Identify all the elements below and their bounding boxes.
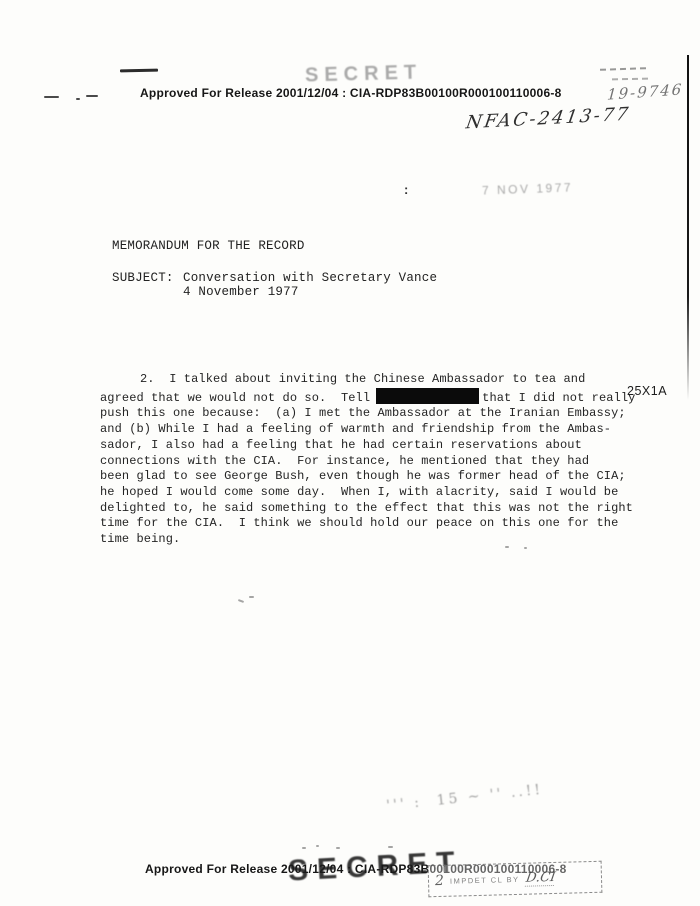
classification-stamp-box: 2 IMPDET CL BY D.CI	[428, 861, 603, 898]
ink-speck	[505, 546, 509, 548]
body-line: time being.	[100, 532, 645, 548]
memo-heading: MEMORANDUM FOR THE RECORD	[112, 239, 305, 253]
ink-speck	[316, 845, 319, 847]
body-line: time for the CIA. I think we should hold…	[100, 516, 645, 532]
memo-body-paragraph: 2. I talked about inviting the Chinese A…	[100, 372, 645, 548]
ink-speck	[249, 596, 254, 598]
scan-artifact-dash	[86, 95, 98, 97]
handwritten-routing-number: NFAC-2413-77	[464, 104, 631, 134]
ink-speck	[388, 846, 393, 848]
stamp-handwritten-number: 2	[435, 873, 444, 889]
body-line: delighted to, he said something to the e…	[100, 501, 645, 517]
ink-speck	[238, 599, 244, 603]
subject-line-1: Conversation with Secretary Vance	[183, 271, 437, 285]
body-line-with-redaction: agreed that we would not do so. Tellthat…	[100, 388, 645, 407]
scan-edge-line	[687, 55, 689, 400]
scan-artifact-dot	[76, 98, 80, 100]
scan-artifact-dashes	[600, 67, 646, 71]
ink-speck	[302, 847, 306, 849]
body-line: and (b) While I had a feeling of warmth …	[100, 422, 645, 438]
body-line-text: agreed that we would not do so. Tell	[100, 391, 370, 405]
body-line: he hoped I would come some day. When I, …	[100, 485, 645, 501]
body-line: been glad to see George Bush, even thoug…	[100, 469, 645, 485]
date-received-stamp: 7 NOV 1977	[482, 180, 573, 197]
body-line: 2. I talked about inviting the Chinese A…	[100, 372, 645, 388]
body-line-text: that I did not really	[482, 391, 635, 405]
ink-mark: :	[404, 182, 408, 197]
redaction-box	[376, 388, 479, 404]
scan-artifact-bar	[120, 69, 158, 73]
illegible-faint-stamp: ''' : 15 ~ '' ..!!	[386, 782, 544, 814]
body-line: sador, I also had a feeling that he had …	[100, 438, 645, 454]
subject-line-2: 4 November 1977	[183, 285, 299, 299]
body-line: push this one because: (a) I met the Amb…	[100, 406, 645, 422]
scanned-memo-page: SECRET Approved For Release 2001/12/04 :…	[0, 0, 700, 906]
stamp-handwritten-authority: D.CI	[524, 870, 556, 887]
subject-label: SUBJECT:	[112, 271, 174, 285]
ink-speck	[336, 847, 340, 849]
scan-artifact-dashes	[612, 78, 648, 81]
stamp-label: IMPDET CL BY	[450, 874, 520, 885]
body-line: connections with the CIA. For instance, …	[100, 454, 645, 470]
header-release-line: Approved For Release 2001/12/04 : CIA-RD…	[140, 86, 562, 100]
handwritten-number: 19-9746	[606, 80, 683, 103]
ink-speck	[524, 547, 527, 549]
secret-stamp-top: SECRET	[305, 61, 423, 87]
scan-artifact-dash	[44, 96, 59, 98]
